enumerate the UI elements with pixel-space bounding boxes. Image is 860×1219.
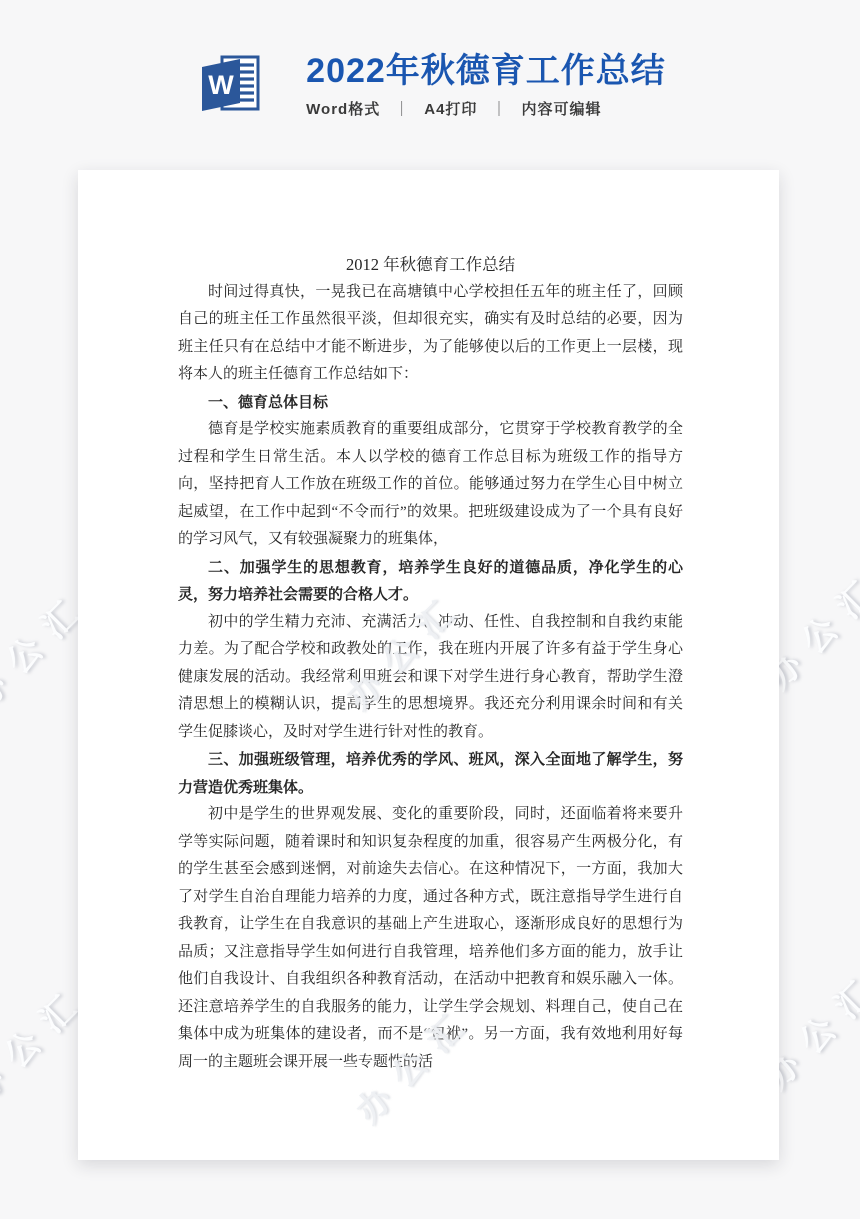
document-page: 2012 年秋德育工作总结 时间过得真快，一晃我已在高塘镇中心学校担任五年的班主… bbox=[78, 170, 779, 1160]
paragraph: 初中的学生精力充沛、充满活力、冲动、任性、自我控制和自我约束能力差。为了配合学校… bbox=[178, 609, 683, 747]
document-content: 2012 年秋德育工作总结 时间过得真快，一晃我已在高塘镇中心学校担任五年的班主… bbox=[78, 170, 779, 1076]
document-title: 2012 年秋德育工作总结 bbox=[178, 251, 683, 279]
badge-a4-print: A4打印 bbox=[424, 98, 477, 119]
word-icon: W bbox=[194, 52, 264, 118]
badge-separator: ｜ bbox=[491, 98, 507, 119]
badge-separator: ｜ bbox=[394, 98, 410, 119]
page-title: 2022年秋德育工作总结 bbox=[306, 52, 666, 90]
paragraph: 时间过得真快，一晃我已在高塘镇中心学校担任五年的班主任了，回顾自己的班主任工作虽… bbox=[178, 279, 683, 389]
format-badges: Word格式 ｜ A4打印 ｜ 内容可编辑 bbox=[306, 98, 666, 119]
word-icon-letter: W bbox=[208, 70, 234, 100]
section-heading: 一、德育总体目标 bbox=[178, 389, 683, 417]
badge-editable: 内容可编辑 bbox=[521, 98, 601, 119]
header: W 2022年秋德育工作总结 Word格式 ｜ A4打印 ｜ 内容可编辑 bbox=[0, 52, 860, 119]
document-body: 时间过得真快，一晃我已在高塘镇中心学校担任五年的班主任了，回顾自己的班主任工作虽… bbox=[178, 279, 683, 1077]
paragraph: 初中是学生的世界观发展、变化的重要阶段，同时，还面临着将来要升学等实际问题，随着… bbox=[178, 801, 683, 1076]
section-heading: 二、加强学生的思想教育，培养学生良好的道德品质，净化学生的心灵，努力培养社会需要… bbox=[178, 554, 683, 609]
section-heading: 三、加强班级管理，培养优秀的学风、班风，深入全面地了解学生，努力营造优秀班集体。 bbox=[178, 746, 683, 801]
paragraph: 德育是学校实施素质教育的重要组成部分，它贯穿于学校教育教学的全过程和学生日常生活… bbox=[178, 416, 683, 554]
badge-word-format: Word格式 bbox=[306, 98, 380, 119]
header-text: 2022年秋德育工作总结 Word格式 ｜ A4打印 ｜ 内容可编辑 bbox=[306, 52, 666, 119]
